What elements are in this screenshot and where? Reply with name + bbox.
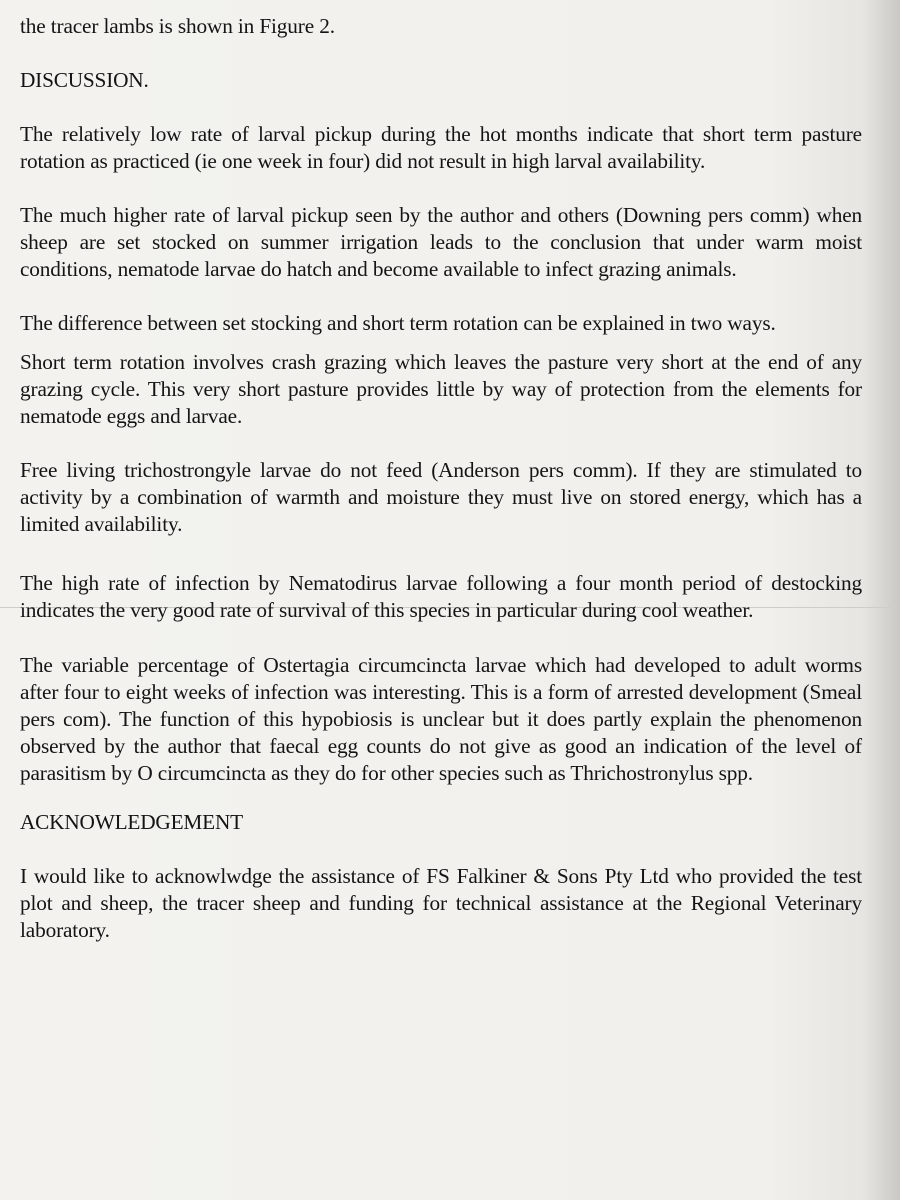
intro-line: the tracer lambs is shown in Figure 2. [20,13,862,40]
paragraph: Short term rotation involves crash grazi… [20,349,862,430]
paragraph: The high rate of infection by Nematodiru… [20,570,862,624]
paragraph: The variable percentage of Ostertagia ci… [20,652,862,787]
section-heading-acknowledgement: ACKNOWLEDGEMENT [20,809,862,836]
paragraph: The relatively low rate of larval pickup… [20,121,862,175]
scanned-page: the tracer lambs is shown in Figure 2. D… [0,0,900,1200]
paragraph: I would like to acknowlwdge the assistan… [20,863,862,944]
paragraph: The difference between set stocking and … [20,310,862,337]
paragraph: The much higher rate of larval pickup se… [20,202,862,283]
document-body: the tracer lambs is shown in Figure 2. D… [20,13,862,944]
paragraph: Free living trichostrongyle larvae do no… [20,457,862,538]
section-heading-discussion: DISCUSSION. [20,67,862,94]
